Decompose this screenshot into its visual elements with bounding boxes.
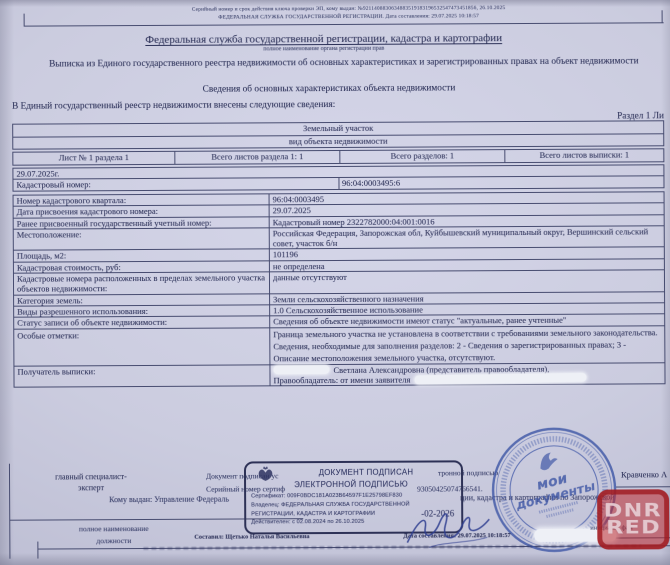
esign-stamp-line1: ДОКУМЕНТ ПОДПИСАН: [277, 467, 455, 477]
esign-stamp-owner1: Владелец: ФЕДЕРАЛЬНАЯ СЛУЖБА ГОСУДАРСТВЕ…: [251, 502, 410, 509]
dnr-red-watermark: DNR RED: [597, 489, 669, 549]
extract-title: Выписка из Единого государственного реес…: [14, 56, 670, 69]
registry-document-photo: Серийный номер и срок действия ключа про…: [0, 0, 670, 565]
signature-scribble: [399, 497, 494, 552]
sheet-cell-3: Всего разделов: 1: [340, 150, 505, 164]
sheet-info-table: Лист № 1 раздела 1 Всего листов раздела …: [12, 148, 664, 165]
cadastral-number-table: 29.07.2025г. Кадастровый номер: 96:04:00…: [12, 164, 664, 192]
object-type-caption: вид объекта недвижимости: [13, 134, 664, 149]
object-type-table: Земельный участок вид объекта недвижимос…: [12, 120, 664, 149]
position-caption-line2: должности: [31, 536, 196, 546]
position-caption-line1: полное наименование: [31, 524, 196, 534]
signature-table-left-border: [9, 464, 11, 559]
field-row-special-notes: Особые отметки: Граница земельного участ…: [14, 325, 665, 365]
document-page: Серийный номер и срок действия ключа про…: [0, 0, 670, 565]
field-row-cadastral-number: Кадастровый номер: 96:04:0003495:6: [13, 176, 664, 191]
top-meta-line2: ФЕДЕРАЛЬНАЯ СЛУЖБА ГОСУДАРСТВЕННОЙ РЕГИС…: [27, 12, 670, 21]
esign-stamp-cert: Сертификат: 009F0BDC181A023B64597F1E2579…: [251, 493, 402, 500]
sheet-cell-2: Всего листов раздела 1: 1: [175, 150, 340, 164]
scan-edge-tick-left: [24, 14, 25, 27]
signature-line-right: [616, 486, 670, 487]
redaction-blob: [414, 373, 586, 385]
dove-icon: [537, 451, 559, 471]
characteristics-table: Номер кадастрового квартала: 96:04:00034…: [13, 191, 666, 388]
field-label: Кадастровые номера расположенных в преде…: [13, 272, 269, 295]
watermark-bottom: RED: [606, 519, 661, 537]
field-row-recipient: Получатель выписки: Светлана Александров…: [14, 362, 665, 387]
field-value: Светлана Александровна (представитель пр…: [270, 362, 665, 386]
esign-stamp-valid: Действителен: с 02.08.2024 по 26.10.2025: [251, 519, 364, 526]
object-type-caption-row: вид объекта недвижимости: [13, 134, 664, 149]
position-title-line1: главный специалист-: [21, 472, 161, 482]
redaction-blob: [273, 365, 329, 374]
coat-of-arms-icon: [258, 466, 273, 482]
scan-edge-line: [24, 22, 664, 27]
field-label: Получатель выписки:: [14, 364, 270, 387]
recipient-line2: Правообладатель: от имени заявителя: [273, 373, 661, 385]
field-value: данные отсутствуют: [269, 270, 664, 294]
field-value: 96:04:0003495:6: [338, 176, 664, 190]
official-surname: Кравченко А: [621, 469, 667, 479]
field-label: Местоположение:: [13, 228, 269, 251]
sheet-info-row: Лист № 1 раздела 1 Всего листов раздела …: [13, 149, 664, 165]
section-title: Сведения об основных характеристиках объ…: [0, 82, 659, 95]
intro-line: В Единый государственный реестр недвижим…: [12, 100, 335, 112]
esign-stamp-line2: ЭЛЕКТРОННОЙ ПОДПИСЬЮ: [277, 480, 425, 490]
field-value: Граница земельного участка не установлен…: [270, 325, 665, 364]
sheet-cell-1: Лист № 1 раздела 1: [13, 151, 175, 165]
sheet-cell-4: Всего листов выписки: 1: [505, 149, 664, 163]
composed-by: Составил: Щетько Наталья Васильевна: [194, 533, 309, 541]
issued-to-prefix: Кому выдан: Управление Федераль: [109, 495, 229, 505]
position-title-line2: эксперт: [21, 483, 161, 493]
field-label: Кадастровый номер:: [13, 178, 339, 192]
field-label: Особые отметки:: [14, 327, 270, 365]
esign-stamp-owner2: РЕГИСТРАЦИИ, КАДАСТРА И КАРТОГРАФИИ: [251, 510, 375, 517]
field-value: Российская Федерация, Запорожская обл, К…: [269, 226, 664, 250]
